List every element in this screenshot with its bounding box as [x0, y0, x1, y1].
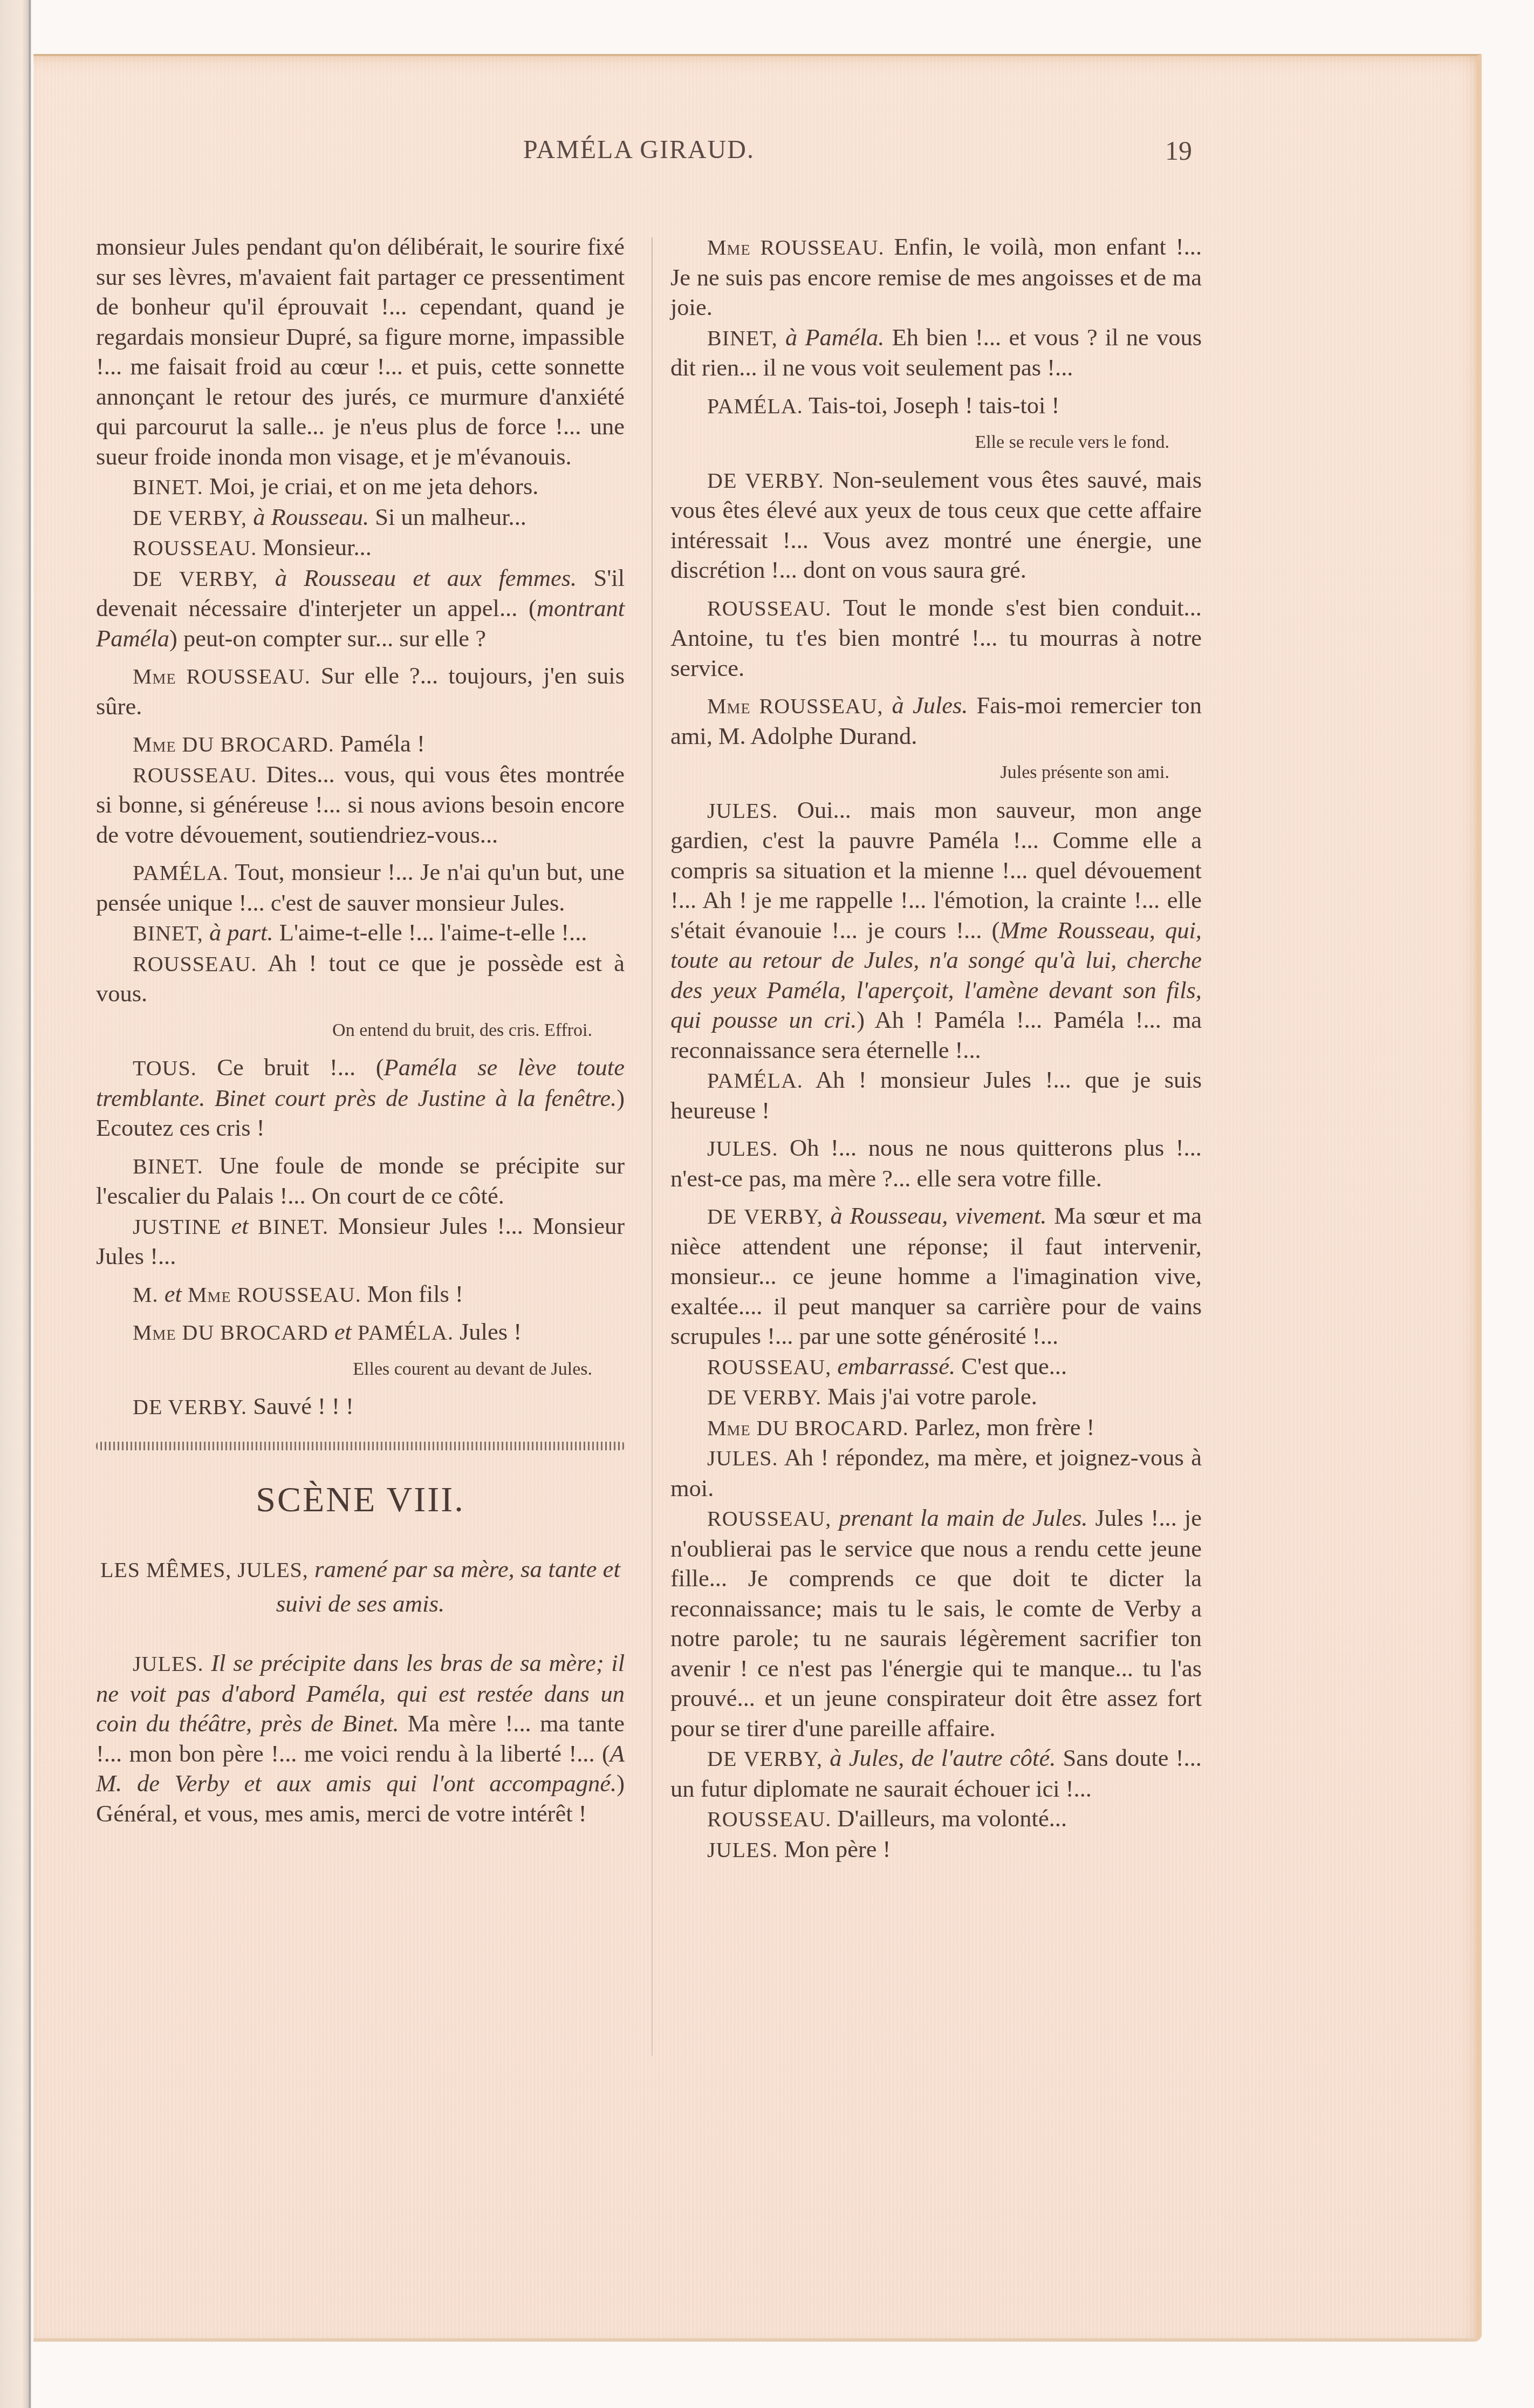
speaker: ROUSSEAU,: [707, 1355, 831, 1379]
speaker: DE VERBY.: [707, 468, 824, 493]
speaker: Mme DU BROCARD.: [707, 1416, 909, 1440]
speaker: Mme ROUSSEAU.: [133, 664, 311, 688]
speaker: JUSTINE: [133, 1215, 222, 1239]
speaker: JULES.: [707, 799, 778, 823]
speech: ROUSSEAU. D'ailleurs, ma volonté...: [670, 1804, 1202, 1834]
paragraph: monsieur Jules pendant qu'on délibérait,…: [96, 232, 625, 472]
speech: BINET. Moi, je criai, et on me jeta deho…: [96, 472, 625, 502]
speaker: JULES.: [707, 1838, 778, 1862]
speech: BINET. Une foule de monde se précipite s…: [96, 1151, 625, 1211]
speech: Mme ROUSSEAU. Sur elle ?... toujours, j'…: [96, 661, 625, 721]
speech: JULES. Mon père !: [670, 1834, 1202, 1865]
speech: Mme ROUSSEAU. Enfin, le voilà, mon enfan…: [670, 232, 1202, 323]
speech: PAMÉLA. Ah ! monsieur Jules !... que je …: [670, 1065, 1202, 1125]
stage-direction: à Rousseau.: [247, 503, 369, 530]
speaker: BINET.: [258, 1215, 328, 1239]
speech: PAMÉLA. Tais-toi, Joseph ! tais-toi !: [670, 391, 1202, 421]
stage-direction: Elle se recule vers le fond.: [670, 427, 1202, 458]
speech: PAMÉLA. Tout, monsieur !... Je n'ai qu'u…: [96, 857, 625, 918]
speech: DE VERBY. Non-seulement vous êtes sauvé,…: [670, 465, 1202, 585]
speech: TOUS. Ce bruit !... (Paméla se lève tout…: [96, 1053, 625, 1143]
stage-direction: à Jules, de l'autre côté.: [823, 1744, 1056, 1771]
speech: M. et Mme ROUSSEAU. Mon fils !: [96, 1279, 625, 1310]
speaker: DE VERBY,: [133, 567, 258, 591]
speaker: JULES.: [133, 1652, 204, 1676]
speech: BINET, à part. L'aime-t-elle !... l'aime…: [96, 918, 625, 949]
speech: JUSTINE et BINET. Monsieur Jules !... Mo…: [96, 1211, 625, 1272]
speaker: Mme ROUSSEAU,: [707, 694, 884, 718]
stage-direction: à Paméla.: [778, 324, 885, 351]
running-title: PAMÉLA GIRAUD.: [523, 135, 755, 165]
stage-direction: Elles courent au devant de Jules.: [96, 1354, 625, 1384]
speaker: ROUSSEAU.: [133, 952, 257, 976]
speech: JULES. Oh !... nous ne nous quitterons p…: [670, 1133, 1202, 1193]
speaker: DE VERBY.: [133, 1395, 247, 1419]
speaker: JULES.: [707, 1136, 778, 1161]
ornamental-rule: [96, 1442, 625, 1450]
speech: DE VERBY, à Rousseau et aux femmes. S'il…: [96, 563, 625, 654]
scene-cast: LES MÊMES, JULES, ramené par sa mère, sa…: [96, 1552, 625, 1620]
speaker: BINET.: [133, 475, 203, 499]
previous-page-edge: [0, 0, 31, 2408]
speech: Mme DU BROCARD. Paméla !: [96, 729, 625, 760]
speaker: ROUSSEAU.: [707, 596, 831, 620]
stage-direction: à Rousseau et aux femmes.: [258, 564, 577, 591]
stage-direction: à Jules.: [884, 692, 968, 719]
speech: DE VERBY. Sauvé ! ! !: [96, 1391, 625, 1422]
right-column: Mme ROUSSEAU. Enfin, le voilà, mon enfan…: [670, 232, 1202, 1865]
scene-title: SCÈNE VIII.: [96, 1485, 625, 1515]
speaker: TOUS.: [133, 1056, 197, 1080]
stage-direction: à part.: [203, 919, 273, 946]
speaker: BINET,: [133, 921, 203, 945]
speech: JULES. Ah ! répondez, ma mère, et joigne…: [670, 1443, 1202, 1503]
speaker: PAMÉLA.: [707, 1068, 803, 1093]
speaker: DE VERBY,: [133, 506, 247, 530]
speech: DE VERBY. Mais j'ai votre parole.: [670, 1382, 1202, 1413]
stage-direction: Jules présente son ami.: [670, 758, 1202, 788]
speaker: DE VERBY,: [707, 1204, 823, 1229]
speaker: ROUSSEAU.: [707, 1807, 831, 1831]
running-head: PAMÉLA GIRAUD. 19: [97, 135, 1192, 183]
speech: DE VERBY, à Rousseau, vivement. Ma sœur …: [670, 1201, 1202, 1352]
speaker: ROUSSEAU.: [133, 763, 257, 787]
speaker: M.: [133, 1283, 159, 1307]
speech: Mme DU BROCARD. Parlez, mon frère !: [670, 1413, 1202, 1443]
speech: ROUSSEAU, prenant la main de Jules. Jule…: [670, 1503, 1202, 1743]
speech: JULES. Oui... mais mon sauveur, mon ange…: [670, 795, 1202, 1066]
speech: JULES. Il se précipite dans les bras de …: [96, 1648, 625, 1829]
speaker: DE VERBY,: [707, 1747, 823, 1771]
speaker: Mme ROUSSEAU.: [707, 235, 885, 260]
speaker: ROUSSEAU,: [707, 1506, 831, 1531]
speaker: JULES.: [707, 1446, 778, 1470]
stage-direction: On entend du bruit, des cris. Effroi.: [96, 1015, 625, 1046]
speech: ROUSSEAU. Ah ! tout ce que je possède es…: [96, 949, 625, 1009]
speaker: PAMÉLA.: [707, 394, 803, 418]
speaker: BINET,: [707, 326, 778, 350]
page-number: 19: [1165, 135, 1192, 166]
speech: ROUSSEAU. Monsieur...: [96, 533, 625, 563]
speech: ROUSSEAU. Dites... vous, qui vous êtes m…: [96, 760, 625, 850]
stage-direction: à Rousseau, vivement.: [823, 1202, 1047, 1229]
speaker: ROUSSEAU.: [133, 536, 257, 560]
speaker: Mme ROUSSEAU.: [188, 1283, 361, 1307]
speaker: BINET.: [133, 1154, 203, 1178]
speaker: PAMÉLA.: [133, 861, 229, 885]
speech: ROUSSEAU, embarrassé. C'est que...: [670, 1352, 1202, 1382]
speaker: Mme DU BROCARD.: [133, 732, 334, 756]
speech: Mme DU BROCARD et PAMÉLA. Jules !: [96, 1317, 625, 1348]
left-column: monsieur Jules pendant qu'on délibérait,…: [96, 232, 625, 1829]
speech: DE VERBY, à Jules, de l'autre côté. Sans…: [670, 1743, 1202, 1804]
speech: DE VERBY, à Rousseau. Si un malheur...: [96, 502, 625, 533]
speaker: DE VERBY.: [707, 1385, 821, 1409]
speech: ROUSSEAU. Tout le monde s'est bien condu…: [670, 593, 1202, 684]
column-divider: [652, 237, 653, 2056]
speech: BINET, à Paméla. Eh bien !... et vous ? …: [670, 323, 1202, 383]
speaker: PAMÉLA.: [358, 1320, 454, 1345]
speech: Mme ROUSSEAU, à Jules. Fais-moi remercie…: [670, 691, 1202, 751]
speaker: Mme DU BROCARD: [133, 1320, 328, 1345]
stage-direction: embarrassé.: [831, 1353, 955, 1380]
stage-direction: prenant la main de Jules.: [831, 1504, 1087, 1531]
